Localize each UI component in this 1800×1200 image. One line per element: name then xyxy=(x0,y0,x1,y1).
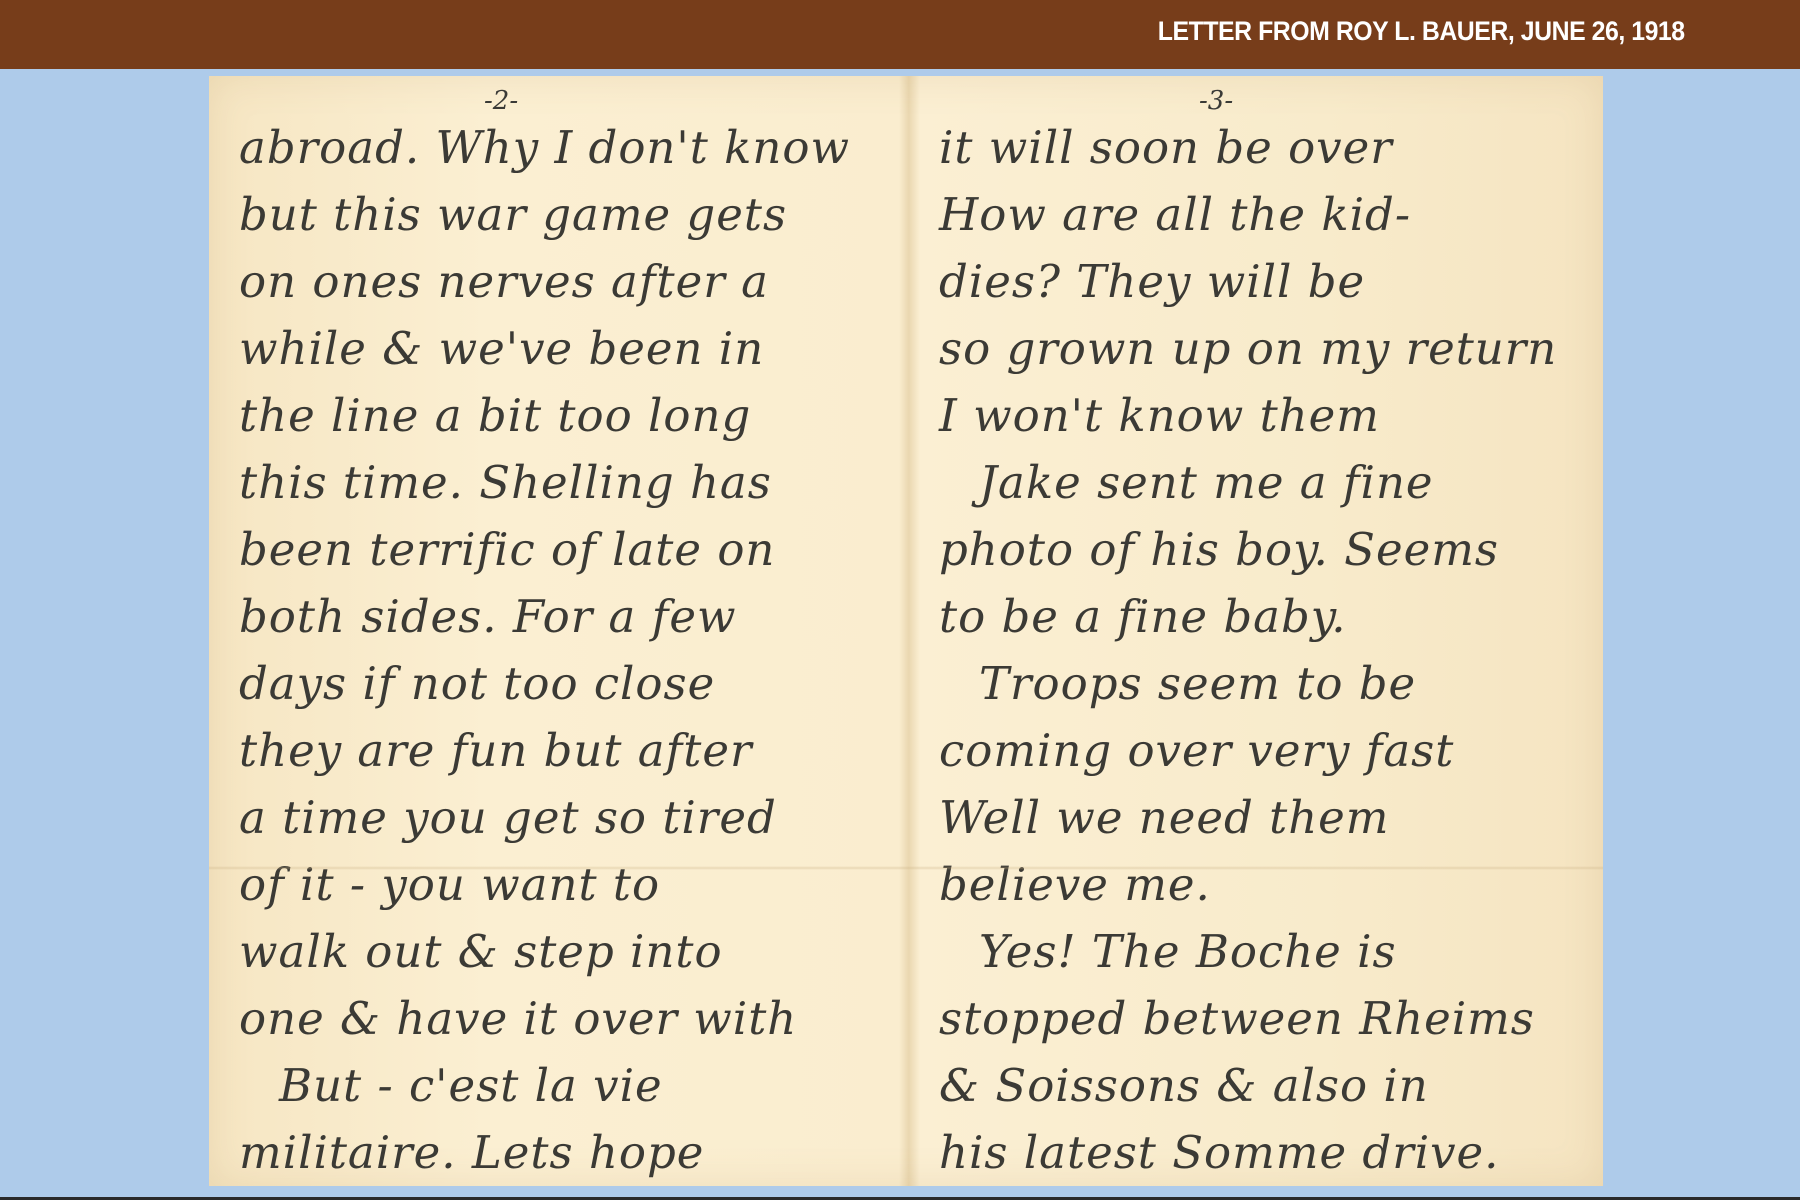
text-line: Well we need them xyxy=(909,784,1603,851)
text-line: Yes! The Boche is xyxy=(909,918,1603,985)
text-line: & Soissons & also in xyxy=(909,1052,1603,1119)
text-line: on ones nerves after a xyxy=(209,248,905,315)
text-line: dies? They will be xyxy=(909,248,1603,315)
text-line: Troops seem to be xyxy=(909,650,1603,717)
text-line: but this war game gets xyxy=(209,181,905,248)
text-line: walk out & step into xyxy=(209,918,905,985)
text-line: militaire. Lets hope xyxy=(209,1119,905,1186)
letter-scan: -2- abroad. Why I don't know but this wa… xyxy=(209,76,1603,1186)
handwritten-text: it will soon be over How are all the kid… xyxy=(909,114,1603,1186)
page-title: LETTER FROM ROY L. BAUER, JUNE 26, 1918 xyxy=(1158,16,1685,47)
letter-page-2: -2- abroad. Why I don't know but this wa… xyxy=(209,76,905,1186)
text-line: while & we've been in xyxy=(209,315,905,382)
text-line: How are all the kid- xyxy=(909,181,1603,248)
text-line: of it - you want to xyxy=(209,851,905,918)
text-line: the line a bit too long xyxy=(209,382,905,449)
page-number: -2- xyxy=(484,86,518,116)
title-banner: LETTER FROM ROY L. BAUER, JUNE 26, 1918 xyxy=(0,0,1800,69)
handwritten-text: abroad. Why I don't know but this war ga… xyxy=(209,114,905,1186)
text-line: they are fun but after xyxy=(209,717,905,784)
text-line: so grown up on my return xyxy=(909,315,1603,382)
text-line: stopped between Rheims xyxy=(909,985,1603,1052)
text-line: a time you get so tired xyxy=(209,784,905,851)
text-line: it will soon be over xyxy=(909,114,1603,181)
text-line: photo of his boy. Seems xyxy=(909,516,1603,583)
text-line: abroad. Why I don't know xyxy=(209,114,905,181)
text-line: coming over very fast xyxy=(909,717,1603,784)
text-line: I won't know them xyxy=(909,382,1603,449)
text-line: this time. Shelling has xyxy=(209,449,905,516)
text-line: to be a fine baby. xyxy=(909,583,1603,650)
text-line: days if not too close xyxy=(209,650,905,717)
text-line: believe me. xyxy=(909,851,1603,918)
page-number: -3- xyxy=(1199,86,1233,116)
text-line: But - c'est la vie xyxy=(209,1052,905,1119)
text-line: Jake sent me a fine xyxy=(909,449,1603,516)
letter-page-3: -3- it will soon be over How are all the… xyxy=(909,76,1603,1186)
text-line: one & have it over with xyxy=(209,985,905,1052)
text-line: both sides. For a few xyxy=(209,583,905,650)
text-line: his latest Somme drive. xyxy=(909,1119,1603,1186)
text-line: been terrific of late on xyxy=(209,516,905,583)
